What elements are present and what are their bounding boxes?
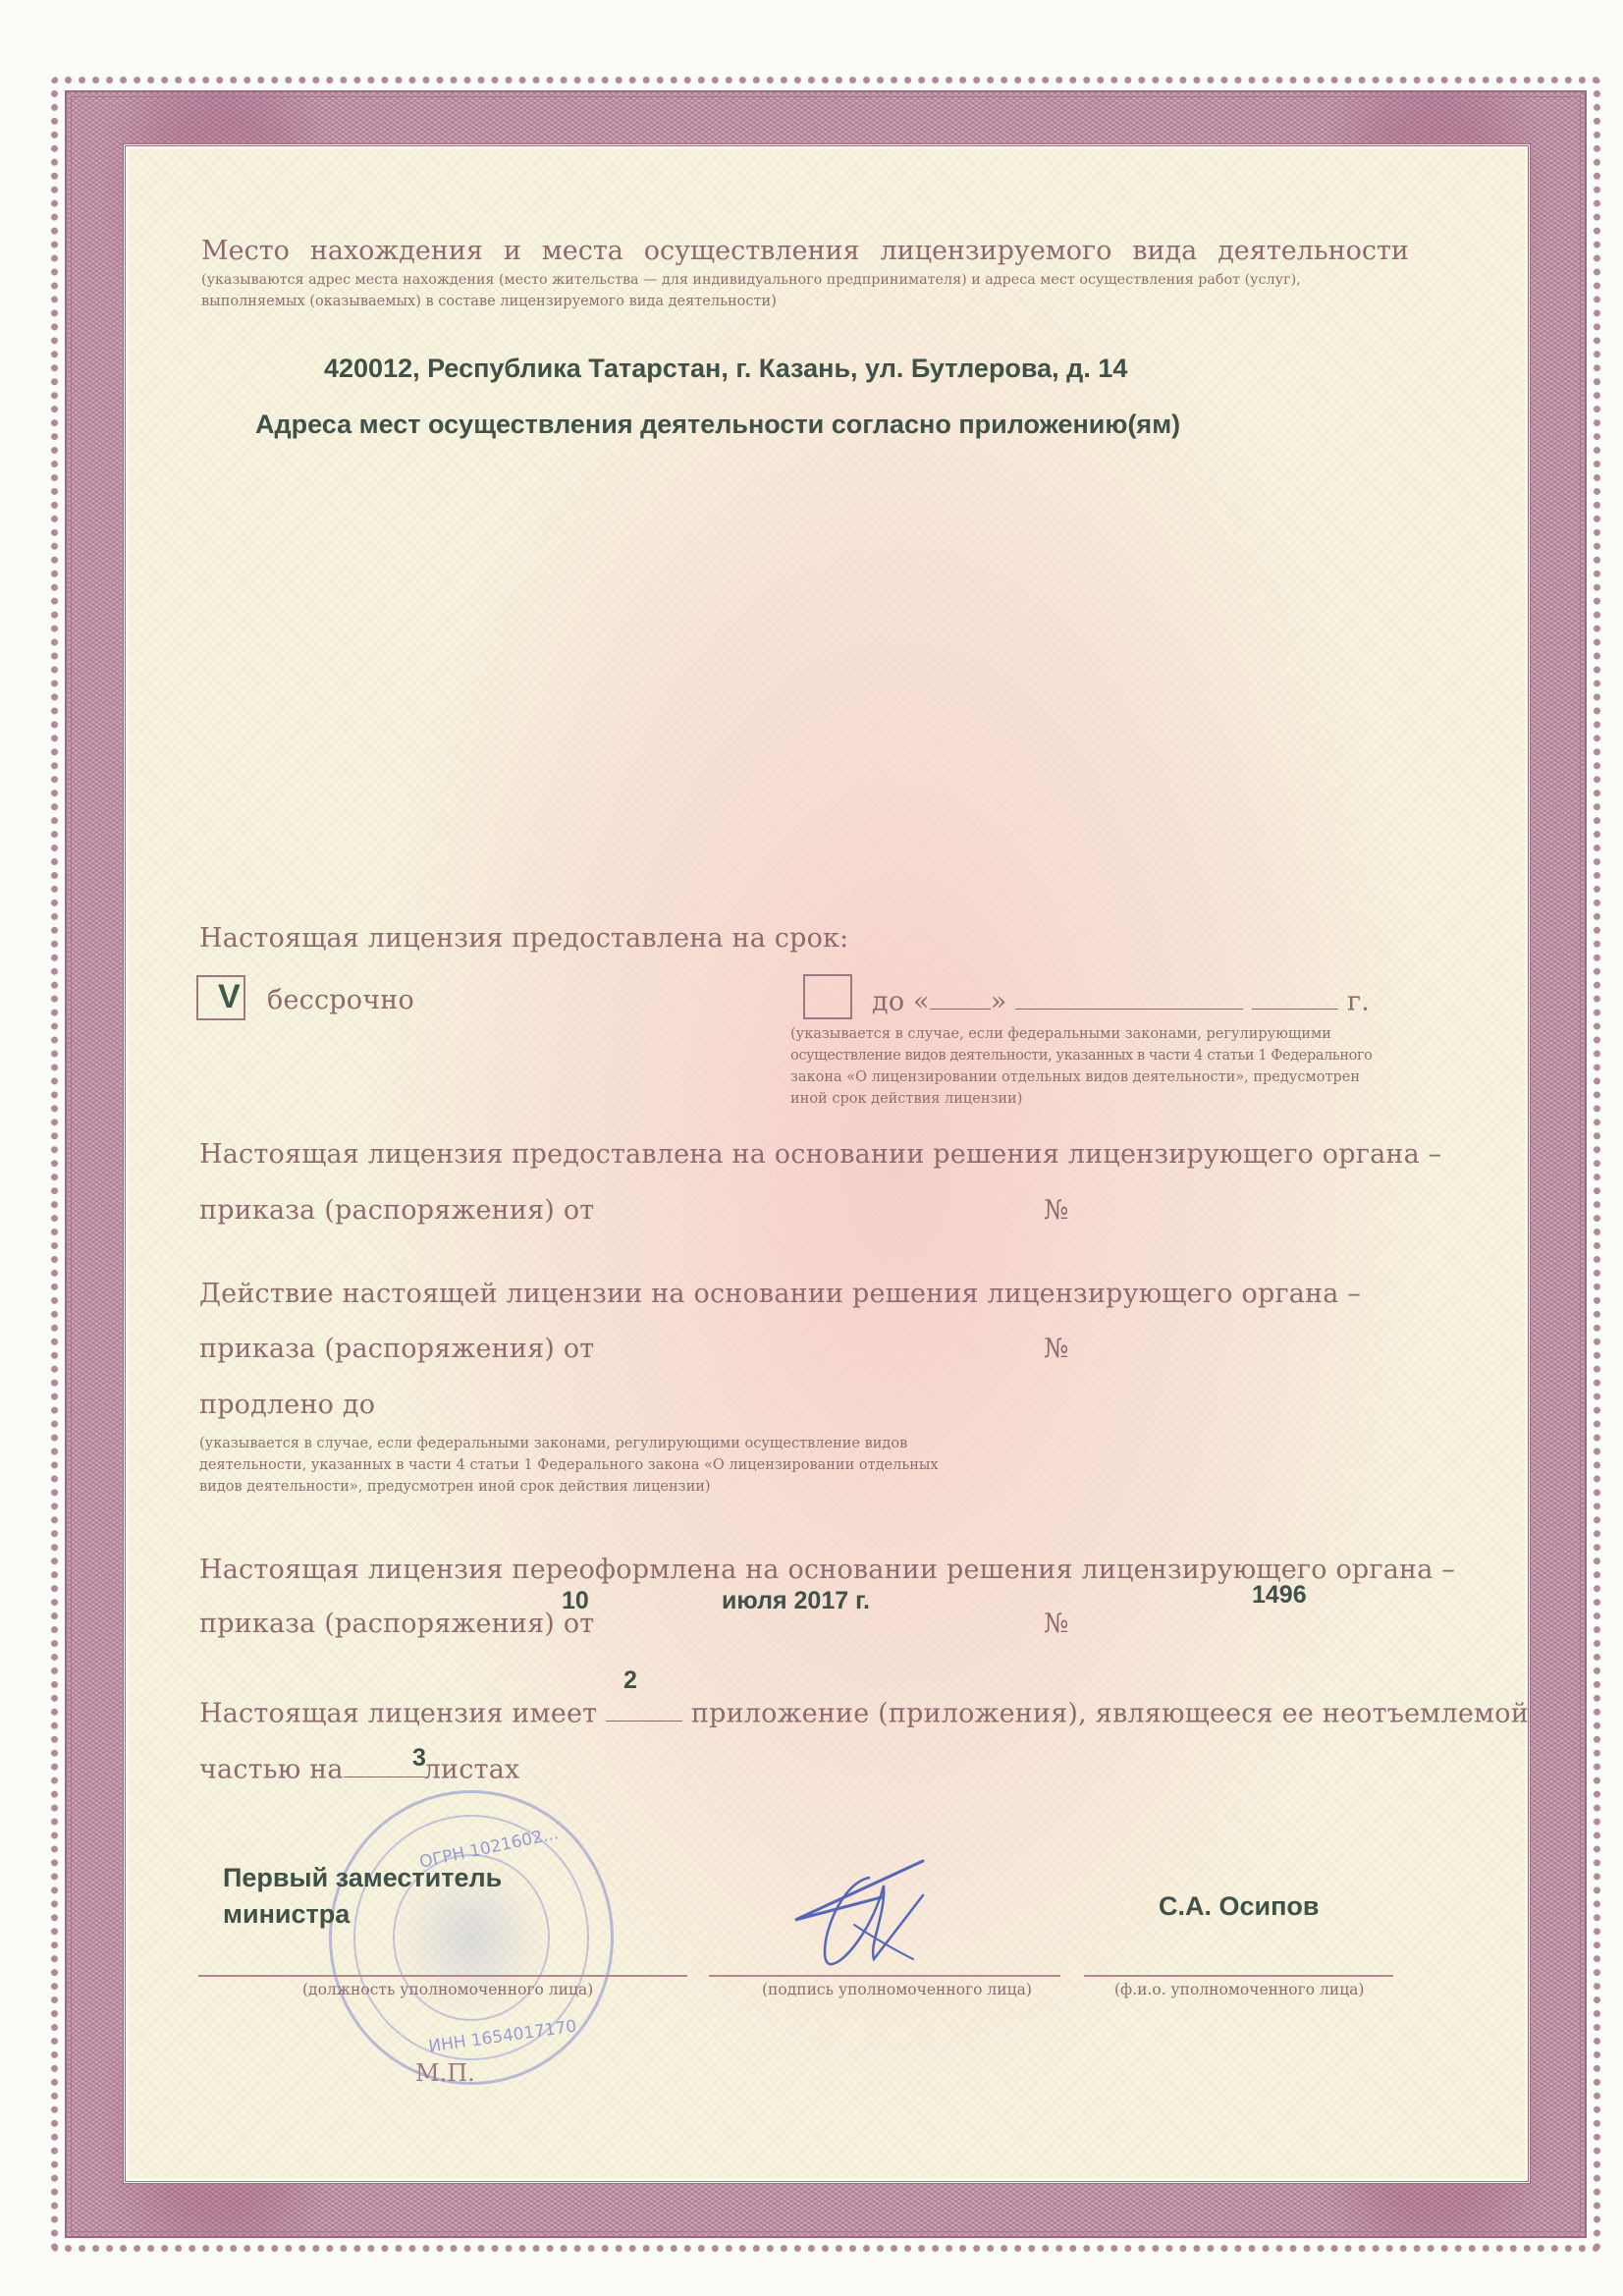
appendices-line2-end: листах [424,1754,520,1784]
until-year-blank [1252,985,1338,1010]
appendices-count-blank [606,1697,682,1722]
heading-word: осуществления [644,236,860,266]
position-caption: (должность уполномоченного лица) [302,1981,593,1998]
licensee-address: 420012, Республика Татарстан, г. Казань,… [324,354,1127,384]
indefinite-label: бессрочно [267,985,414,1015]
name-caption: (ф.и.о. уполномоченного лица) [1114,1981,1364,1998]
location-note-line2: выполняемых (оказываемых) в составе лице… [201,294,777,309]
location-note-line1: (указываются адрес места нахождения (мес… [201,272,1301,288]
reissued-order-label: приказа (распоряжения) от [199,1609,594,1639]
granted-number-label: № [1044,1195,1069,1226]
heading-word: места [542,236,623,266]
until-note-line: (указывается в случае, если федеральными… [790,1026,1331,1042]
extended-note-line: деятельности, указанных в части 4 статьи… [199,1457,939,1473]
official-seal-stamp: ОГРН 1021602... ИНН 1654017170 [329,1790,614,2085]
extended-note-line: видов деятельности», предусмотрен иной с… [199,1479,711,1495]
extended-until-label: продлено до [199,1390,375,1420]
appendices-line2-start: частью на [199,1754,344,1784]
term-label: Настоящая лицензия предоставлена на срок… [199,923,848,954]
signatory-name: С.А. Осипов [1159,1891,1320,1922]
appendices-line1-start: Настоящая лицензия имеет [199,1698,597,1728]
heading-word: вида [1132,236,1197,266]
granted-basis-line: Настоящая лицензия предоставлена на осно… [199,1139,1441,1170]
until-note-line: осуществление видов деятельности, указан… [790,1048,1373,1064]
extended-note-line: (указывается в случае, если федеральными… [199,1436,907,1451]
appendices-line1-end: приложение (приложения), являющееся ее н… [691,1698,1529,1728]
heading-word: и [504,236,521,266]
until-day-blank [930,985,991,1010]
until-prefix: до « [872,986,930,1016]
appendices-line2: частью налистах [199,1753,519,1784]
check-mark-icon: V [218,978,241,1016]
appendices-count: 2 [623,1667,637,1695]
until-date-checkbox[interactable] [803,974,852,1019]
extended-order-label: приказа (распоряжения) от [199,1334,594,1364]
activity-addresses-note: Адреса мест осуществления деятельности с… [255,410,1180,440]
until-month-blank [1015,985,1243,1010]
location-heading: Место нахождения и места осуществления л… [201,236,1409,266]
until-note-line: иной срок действия лицензии) [790,1091,1022,1107]
signature-caption: (подпись уполномоченного лица) [762,1981,1032,1998]
reissued-number-label: № [1044,1609,1069,1639]
extended-number-label: № [1044,1334,1069,1364]
signature-underline [709,1975,1060,1977]
extended-basis-line: Действие настоящей лицензии на основании… [199,1279,1361,1309]
position-underline [198,1975,687,1977]
heading-word: Место [201,236,290,266]
reissued-order-month-year: июля 2017 г. [722,1587,870,1615]
appendices-line1: Настоящая лицензия имеет приложение (при… [199,1697,1529,1728]
until-date-field: до «» г. [872,985,1370,1016]
until-year-suffix: г. [1347,986,1370,1016]
name-underline [1084,1975,1393,1977]
reissued-order-day: 10 [562,1587,589,1615]
granted-order-label: приказа (распоряжения) от [199,1195,594,1226]
heading-word: деятельности [1217,236,1409,266]
until-quote-close: » [991,986,1007,1016]
handwritten-signature [776,1856,962,1974]
signatory-position-line1: Первый заместитель [223,1863,502,1893]
reissued-order-number: 1496 [1252,1581,1307,1610]
heading-word: лицензируемого [880,236,1111,266]
signatory-position-line2: министра [223,1899,350,1930]
until-note-line: закона «О лицензировании отдельных видов… [790,1069,1360,1085]
seal-place-label: М.П. [415,2059,475,2087]
appendices-sheets: 3 [412,1744,426,1773]
stamp-inn: ИНН 1654017170 [427,2017,577,2057]
heading-word: нахождения [310,236,483,266]
